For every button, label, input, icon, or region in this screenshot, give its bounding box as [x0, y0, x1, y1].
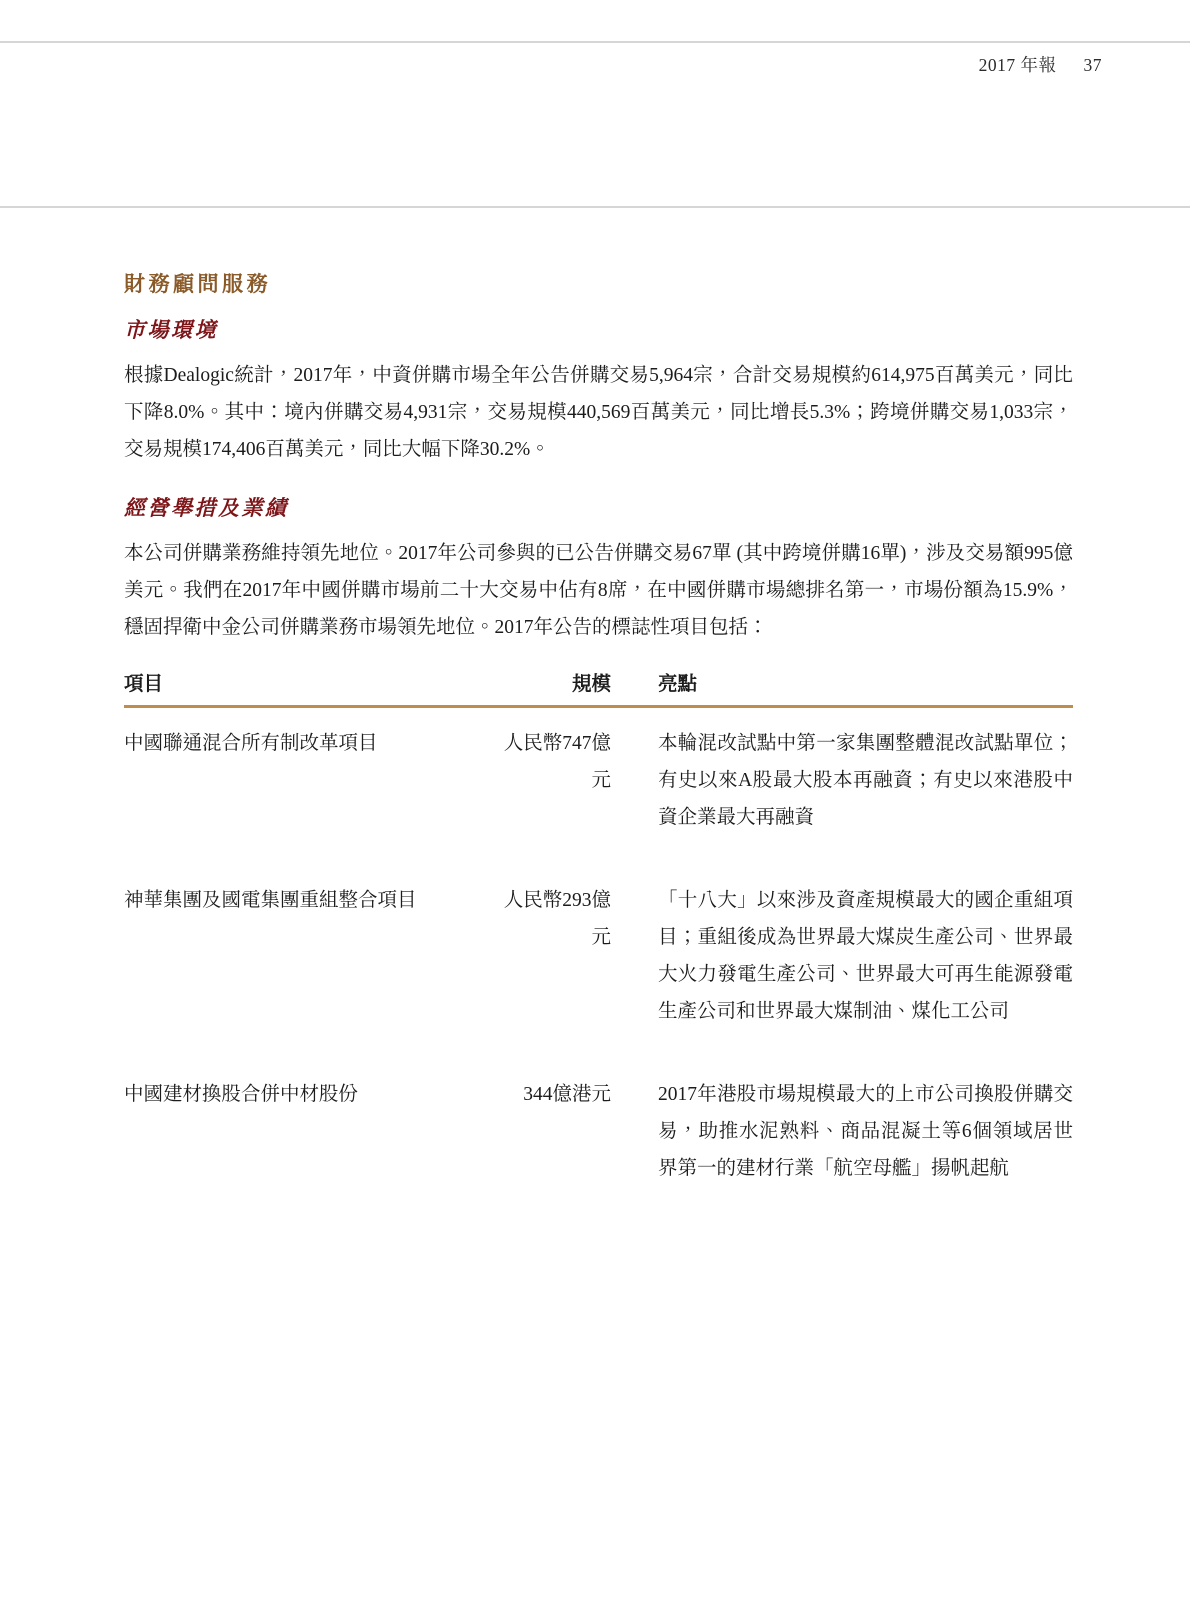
- report-title: 2017 年報: [979, 52, 1057, 77]
- landmark-deals-table: 項目 規模 亮點 中國聯通混合所有制改革項目 人民幣747億元 本輪混改試點中第…: [124, 673, 1073, 1187]
- table-cell-scale: 人民幣293億元: [485, 882, 611, 1030]
- table-cell-highlights: 「十八大」以來涉及資產規模最大的國企重組項目；重組後成為世界最大煤炭生產公司、世…: [658, 882, 1073, 1030]
- table-cell-scale: 344億港元: [485, 1076, 611, 1187]
- table-cell-project: 中國建材換股合併中材股份: [124, 1076, 485, 1187]
- table-cell-highlights: 2017年港股市場規模最大的上市公司換股併購交易，助推水泥熟料、商品混凝土等6個…: [658, 1076, 1073, 1187]
- table-header-project: 項目: [124, 673, 485, 697]
- table-row: 神華集團及國電集團重組整合項目 人民幣293億元 「十八大」以來涉及資產規模最大…: [124, 882, 1073, 1030]
- table-cell-highlights: 本輪混改試點中第一家集團整體混改試點單位；有史以來A股最大股本再融資；有史以來港…: [658, 725, 1073, 836]
- table-cell-project: 中國聯通混合所有制改革項目: [124, 725, 485, 836]
- page-top-rule: [0, 41, 1190, 43]
- paragraph-market-environment: 根據Dealogic統計，2017年，中資併購市場全年公告併購交易5,964宗，…: [124, 357, 1073, 468]
- page-content: 財務顧問服務 市場環境 根據Dealogic統計，2017年，中資併購市場全年公…: [124, 271, 1073, 1187]
- paragraph-operations: 本公司併購業務維持領先地位。2017年公司參與的已公告併購交易67單 (其中跨境…: [124, 535, 1073, 646]
- table-row: 中國聯通混合所有制改革項目 人民幣747億元 本輪混改試點中第一家集團整體混改試…: [124, 725, 1073, 836]
- table-header-scale: 規模: [485, 673, 611, 697]
- page-number: 37: [1084, 55, 1103, 76]
- page-header: 2017 年報 37: [979, 52, 1102, 77]
- section-heading-financial-advisory: 財務顧問服務: [124, 271, 1073, 297]
- table-header-row: 項目 規模 亮點: [124, 673, 1073, 708]
- annual-report-page: { "page_header": { "report_title": "2017…: [0, 0, 1190, 1615]
- table-cell-scale: 人民幣747億元: [485, 725, 611, 836]
- subsection-heading-market-environment: 市場環境: [124, 317, 1073, 343]
- table-header-highlights: 亮點: [658, 673, 1073, 697]
- table-cell-project: 神華集團及國電集團重組整合項目: [124, 882, 485, 1030]
- table-row: 中國建材換股合併中材股份 344億港元 2017年港股市場規模最大的上市公司換股…: [124, 1076, 1073, 1187]
- page-second-rule: [0, 206, 1190, 208]
- subsection-heading-operations: 經營舉措及業績: [124, 495, 1073, 521]
